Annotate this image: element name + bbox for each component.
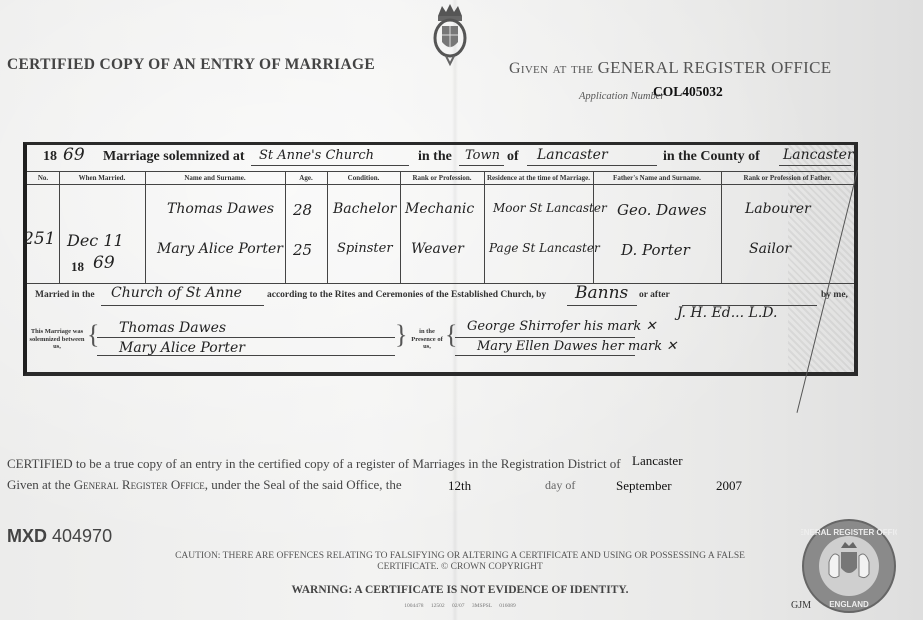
- print-code: 1004478 12502 02/07 3MSPSL 016089: [150, 603, 770, 609]
- entry-number: 251: [23, 229, 55, 249]
- col-header-condition: Condition.: [327, 174, 400, 182]
- county-name: Lancaster: [783, 147, 854, 163]
- groom-residence: Moor St Lancaster: [493, 201, 607, 215]
- given-prefix: Given at the: [7, 477, 71, 492]
- identity-warning: WARNING: A CERTIFICATE IS NOT EVIDENCE O…: [150, 584, 770, 596]
- bride-signature: Mary Alice Porter: [119, 340, 245, 356]
- presence-label: in the Presence of us,: [407, 328, 447, 351]
- groom-father-profession: Labourer: [745, 201, 811, 217]
- between-us-label: This Marriage was solemnized between us,: [29, 328, 85, 351]
- marriage-year: 69: [93, 253, 115, 273]
- officiant-signature: J. H. Ed... L.D.: [677, 305, 777, 321]
- witness-2-signature: Mary Ellen Dawes her mark ✕: [477, 339, 677, 354]
- col-header-profession: Rank or Profession.: [400, 174, 484, 182]
- col-header-father-profession: Rank or Profession of Father.: [721, 174, 854, 182]
- certificate-serial: MXD 404970: [7, 526, 112, 547]
- application-number-label: Application Number: [579, 91, 664, 102]
- bride-age: 25: [293, 241, 312, 259]
- bride-father-profession: Sailor: [749, 241, 791, 257]
- given-at-prefix: Given at the: [509, 60, 593, 77]
- col-header-father-name: Father's Name and Surname.: [593, 174, 721, 182]
- or-after-label: or after: [639, 290, 670, 300]
- issue-month: September: [616, 478, 672, 494]
- col-header-no: No.: [27, 174, 59, 182]
- county-label: in the County of: [663, 149, 760, 165]
- day-of-label: day of: [545, 478, 575, 493]
- royal-crest-icon: [428, 2, 472, 68]
- groom-condition: Bachelor: [333, 201, 396, 217]
- bride-father-name: D. Porter: [621, 241, 690, 259]
- seal-text-bottom: ENGLAND: [829, 600, 869, 609]
- district-name: Lancaster: [537, 147, 608, 163]
- married-in-place: Church of St Anne: [111, 285, 242, 301]
- year-handwritten: 69: [63, 145, 85, 165]
- groom-age: 28: [293, 201, 312, 219]
- serial-prefix: MXD: [7, 526, 47, 546]
- church-name: St Anne's Church: [259, 148, 374, 163]
- certification-statement: CERTIFIED to be a true copy of an entry …: [7, 456, 621, 472]
- solemnized-label: Marriage solemnized at: [103, 149, 245, 165]
- issue-year: 2007: [716, 478, 742, 494]
- issuing-office: Given at the GENERAL REGISTER OFFICE: [509, 58, 831, 78]
- given-suffix: , under the Seal of the said Office, the: [205, 477, 402, 492]
- bride-profession: Weaver: [411, 241, 464, 257]
- bride-name: Mary Alice Porter: [157, 241, 283, 257]
- registrar-initials: GJM: [791, 600, 811, 611]
- year-prefix: 18: [43, 149, 57, 165]
- married-in-label: Married in the: [35, 290, 95, 300]
- registration-district: Lancaster: [632, 453, 683, 469]
- marriage-by-method: Banns: [575, 283, 628, 303]
- in-the-label: in the: [418, 149, 452, 165]
- groom-signature: Thomas Dawes: [119, 320, 226, 336]
- serial-number: 404970: [52, 526, 112, 546]
- col-header-age: Age.: [285, 174, 327, 182]
- district-type: Town: [465, 148, 500, 163]
- bride-condition: Spinster: [337, 241, 393, 256]
- certificate-title: CERTIFIED COPY OF AN ENTRY OF MARRIAGE: [7, 56, 375, 74]
- caution-notice: CAUTION: THERE ARE OFFENCES RELATING TO …: [150, 551, 770, 573]
- col-header-name: Name and Surname.: [145, 174, 285, 182]
- bride-residence: Page St Lancaster: [489, 241, 600, 255]
- office-name: GENERAL REGISTER OFFICE: [598, 58, 832, 77]
- marriage-year-prefix: 18: [71, 259, 84, 275]
- seal-text-top: GENERAL REGISTER OFFICE: [801, 528, 897, 537]
- given-office: General Register Office: [74, 477, 205, 492]
- issue-day: 12th: [448, 478, 471, 494]
- col-header-residence: Residence at the time of Marriage.: [484, 174, 593, 182]
- rites-text: according to the Rites and Ceremonies of…: [267, 290, 546, 300]
- of-label: of: [507, 149, 519, 165]
- given-statement: Given at the General Register Office, un…: [7, 477, 402, 493]
- register-entry: 18 69 Marriage solemnized at St Anne's C…: [23, 142, 858, 376]
- witness-1-signature: George Shirrofer his mark ✕: [467, 319, 656, 334]
- groom-name: Thomas Dawes: [167, 201, 274, 217]
- general-register-office-seal-icon: GENERAL REGISTER OFFICE ENGLAND: [801, 518, 897, 614]
- marriage-date: Dec 11: [67, 231, 124, 250]
- application-number: COL405032: [653, 84, 723, 100]
- col-header-when: When Married.: [59, 174, 145, 182]
- groom-profession: Mechanic: [405, 201, 474, 217]
- groom-father-name: Geo. Dawes: [617, 201, 707, 219]
